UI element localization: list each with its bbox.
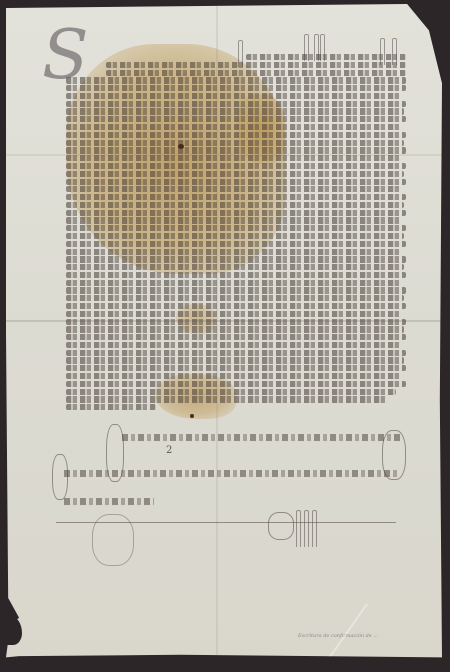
script-line — [66, 171, 404, 177]
script-line — [66, 116, 406, 122]
rubric-flourish — [382, 430, 406, 480]
script-line — [66, 311, 402, 317]
attestation-line — [64, 498, 154, 505]
signature-rule — [56, 522, 396, 523]
script-line — [66, 108, 404, 114]
script-line — [66, 93, 401, 99]
signature-stroke — [312, 510, 317, 547]
script-line — [66, 249, 402, 255]
script-line — [66, 241, 406, 247]
manuscript-body — [66, 54, 411, 412]
script-line — [66, 233, 404, 239]
script-line — [66, 256, 406, 262]
script-line — [66, 287, 406, 293]
ledger-numeral: 2 — [166, 445, 172, 456]
script-line — [66, 342, 402, 348]
signature-stroke — [296, 510, 301, 547]
script-line — [66, 132, 406, 138]
script-line — [66, 225, 406, 231]
script-line — [66, 179, 406, 185]
script-line — [66, 350, 406, 356]
script-line — [106, 62, 406, 68]
script-line — [66, 85, 406, 91]
script-line — [66, 163, 406, 169]
script-line — [246, 54, 406, 60]
script-line — [66, 381, 406, 387]
script-line — [66, 319, 406, 325]
script-line — [66, 264, 404, 270]
script-line — [66, 101, 406, 107]
script-line — [66, 396, 386, 402]
script-line — [66, 334, 406, 340]
script-line — [66, 365, 406, 371]
script-line — [66, 124, 402, 130]
script-line — [66, 280, 402, 286]
script-line — [66, 404, 156, 410]
attestation-line — [122, 434, 402, 441]
ink-blot — [178, 144, 184, 149]
parchment-sheet: S — [6, 4, 442, 664]
ink-blot — [190, 414, 194, 418]
script-line — [66, 217, 402, 223]
script-line — [66, 303, 406, 309]
royal-signature-mark — [268, 512, 294, 540]
script-line — [66, 77, 406, 83]
script-line — [66, 147, 406, 153]
script-line — [66, 373, 402, 379]
script-line — [66, 357, 404, 363]
script-line — [106, 70, 406, 76]
script-line — [66, 155, 400, 161]
script-line — [66, 272, 406, 278]
rubric-flourish — [106, 424, 124, 482]
script-line — [66, 326, 404, 332]
signature-stroke — [304, 510, 309, 547]
script-line — [66, 186, 402, 192]
script-line — [66, 295, 404, 301]
script-line — [66, 194, 406, 200]
script-line — [66, 210, 406, 216]
script-line — [66, 202, 404, 208]
script-line — [66, 389, 396, 395]
rubric-flourish — [52, 454, 68, 500]
script-line — [66, 140, 404, 146]
